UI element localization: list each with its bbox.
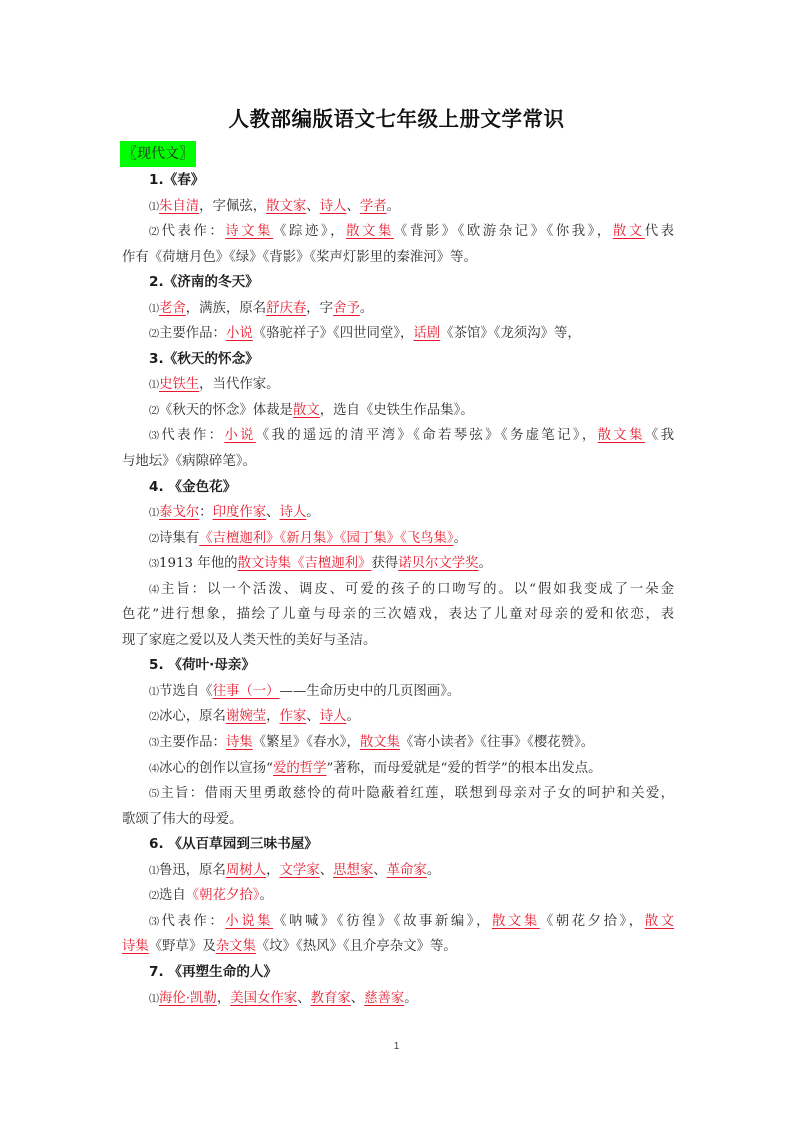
document-body: 1.《春》⑴朱自清，字佩弦，散文家、诗人、学者。⑵代表作：诗文集《踪迹》，散文集… [122, 168, 674, 1011]
text-run: 、 [266, 505, 279, 520]
text-run: 《寄小读者》《往事》《樱花赞》。 [400, 735, 594, 750]
list-item: ⑴朱自清，字佩弦，散文家、诗人、学者。 [122, 194, 674, 220]
text-run: 《野草》及 [149, 939, 216, 954]
text-run: ，当代作家。 [199, 377, 279, 392]
text-run: 《朝花夕拾》， [540, 914, 645, 929]
entry-heading: 3.《秋天的怀念》 [122, 347, 674, 373]
text-run: 选自 [159, 888, 186, 903]
item-number: ⑴ [149, 380, 159, 391]
text-run: ，选自《史铁生作品集》。 [320, 403, 474, 418]
list-item: ⑵冰心，原名谢婉莹，作家、诗人。 [122, 704, 674, 730]
entry-heading: 7. 《再塑生命的人》 [122, 960, 674, 986]
key-term: 朱自清 [159, 199, 199, 214]
list-item-continuation: 色花”进行想象，描绘了儿童与母亲的三次嬉戏，表达了儿童对母亲的爱和依恋，表 [122, 602, 674, 628]
item-number: ⑶ [149, 431, 161, 442]
list-item: ⑷冰心的创作以宣扬“爱的哲学”著称，而母爱就是“爱的哲学”的根本出发点。 [122, 756, 674, 782]
list-item: ⑶1913 年他的散文诗集《吉檀迦利》获得诺贝尔文学奖。 [122, 551, 674, 577]
text-run: 。 [387, 199, 400, 214]
item-number: ⑵ [149, 227, 162, 238]
text-run: 冰心，原名 [159, 709, 226, 724]
key-term: 史铁生 [159, 377, 199, 392]
entry-heading: 2.《济南的冬天》 [122, 270, 674, 296]
list-item: ⑴史铁生，当代作家。 [122, 372, 674, 398]
text-run: 主要作品： [159, 326, 226, 341]
list-item: ⑴海伦·凯勒，美国女作家、教育家、慈善家。 [122, 986, 674, 1012]
list-item: ⑴老舍，满族，原名舒庆春，字舍予。 [122, 296, 674, 322]
text-run: ，字佩弦， [199, 199, 266, 214]
text-run: 。 [306, 505, 319, 520]
key-term: 散文 [645, 914, 674, 929]
key-term: 老舍 [159, 301, 186, 316]
text-run: ，字 [306, 301, 333, 316]
key-term: 美国女作家 [230, 991, 297, 1006]
list-item: ⑴泰戈尔：印度作家、诗人。 [122, 500, 674, 526]
key-term: 话剧 [413, 326, 440, 341]
list-item-continuation: 现了家庭之爱以及人类天性的美好与圣洁。 [122, 628, 674, 654]
text-run: 代表 [645, 224, 674, 239]
page-number: 1 [0, 1041, 793, 1052]
key-term: 诗人 [280, 505, 307, 520]
key-term: 往事（一） [213, 684, 280, 699]
item-number: ⑴ [149, 304, 159, 315]
text-run: ， [266, 863, 279, 878]
key-term: 思想家 [333, 863, 373, 878]
text-run: 《坟》《热风》《且介亭杂文》等。 [256, 939, 457, 954]
document-page: 人教部编版语文七年级上册文学常识 〖现代文〗 1.《春》⑴朱自清，字佩弦，散文家… [0, 0, 793, 1122]
text-run: 节选自《 [159, 684, 213, 699]
key-term: 爱的哲学 [273, 761, 327, 776]
text-run: 主旨：借雨天里勇敢慈怜的荷叶隐蔽着红莲，联想到母亲对子女的呵护和关爱， [160, 786, 674, 801]
key-term: 教育家 [311, 991, 351, 1006]
text-run: 《我的遥远的清平湾》《命若琴弦》《务虚笔记》， [256, 428, 598, 443]
text-run: ， [266, 709, 279, 724]
key-term: 《朝花夕拾》 [186, 888, 260, 903]
list-item-continuation: 歌颂了伟大的母爱。 [122, 807, 674, 833]
text-run: 、 [373, 863, 386, 878]
list-item-continuation: 作有《荷塘月色》《绿》《背影》《桨声灯影里的秦淮河》等。 [122, 245, 674, 271]
text-run: 。 [479, 556, 492, 571]
key-term: 小说 [224, 428, 255, 443]
text-run: 、 [306, 199, 319, 214]
key-term: 文学家 [280, 863, 320, 878]
text-run: 。 [404, 991, 417, 1006]
item-number: ⑸ [149, 789, 160, 800]
key-term: 诗文集 [225, 224, 273, 239]
key-term: 散文 [613, 224, 645, 239]
text-run: ： [199, 505, 212, 520]
text-run: 诗集有 [159, 531, 199, 546]
list-item: ⑴节选自《往事（一）——生命历史中的几页图画》。 [122, 679, 674, 705]
text-run: 。 [346, 709, 359, 724]
key-term: 小说集 [225, 914, 273, 929]
key-term: 散文集 [598, 428, 645, 443]
key-term: 慈善家 [364, 991, 404, 1006]
list-item: ⑵《秋天的怀念》体裁是散文，选自《史铁生作品集》。 [122, 398, 674, 424]
key-term: 周树人 [226, 863, 266, 878]
item-number: ⑴ [149, 687, 159, 698]
text-run: 获得 [371, 556, 398, 571]
text-run: 《踪迹》， [273, 224, 346, 239]
key-term: 印度作家 [213, 505, 267, 520]
text-run: 与地坛》《病隙碎笔》。 [122, 454, 256, 469]
key-term: 小说 [226, 326, 253, 341]
list-item-continuation: 诗集《野草》及杂文集《坟》《热风》《且介亭杂文》等。 [122, 934, 674, 960]
text-run: 主要作品： [159, 735, 226, 750]
key-term: 散文 [293, 403, 320, 418]
text-run: 代表作： [162, 224, 226, 239]
item-number: ⑴ [149, 866, 159, 877]
list-item: ⑸主旨：借雨天里勇敢慈怜的荷叶隐蔽着红莲，联想到母亲对子女的呵护和关爱， [122, 781, 674, 807]
key-term: 舒庆春 [266, 301, 306, 316]
list-item: ⑶代表作：小说集《呐喊》《彷徨》《故事新编》，散文集《朝花夕拾》，散文 [122, 909, 674, 935]
section-label-modern-prose: 〖现代文〗 [120, 141, 196, 167]
list-item: ⑴鲁迅，原名周树人，文学家、思想家、革命家。 [122, 858, 674, 884]
key-term: 泰戈尔 [159, 505, 199, 520]
key-term: 诗集 [122, 939, 149, 954]
text-run: ——生命历史中的几页图画》。 [280, 684, 461, 699]
text-run: 、 [351, 991, 364, 1006]
key-term: 《吉檀迦利》《新月集》《园丁集》《飞鸟集》 [199, 531, 453, 546]
text-run: 1913 年他的 [159, 556, 238, 571]
key-term: 散文集 [346, 224, 394, 239]
text-run: 色花”进行想象，描绘了儿童与母亲的三次嬉戏，表达了儿童对母亲的爱和依恋，表 [122, 607, 674, 622]
key-term: 杂文集 [216, 939, 256, 954]
item-number: ⑵ [149, 891, 159, 902]
item-number: ⑶ [149, 917, 162, 928]
key-term: 诺贝尔文学奖 [398, 556, 478, 571]
item-number: ⑴ [149, 202, 159, 213]
text-run: 。 [360, 301, 373, 316]
text-run: 作有《荷塘月色》《绿》《背影》《桨声灯影里的秦淮河》等。 [122, 250, 477, 265]
list-item: ⑵主要作品：小说《骆驼祥子》《四世同堂》，话剧《茶馆》《龙须沟》等， [122, 321, 674, 347]
text-run: 、 [306, 709, 319, 724]
key-term: 舍予 [333, 301, 360, 316]
text-run: 歌颂了伟大的母爱。 [122, 812, 243, 827]
key-term: 诗人 [320, 709, 347, 724]
key-term: 海伦·凯勒 [159, 991, 217, 1006]
text-run: 。 [454, 531, 467, 546]
entry-heading: 1.《春》 [122, 168, 674, 194]
item-number: ⑵ [149, 534, 159, 545]
text-run: ”著称，而母爱就是“爱的哲学”的根本出发点。 [327, 761, 602, 776]
key-term: 诗人 [320, 199, 347, 214]
text-run: 代表作： [161, 428, 224, 443]
entry-heading: 5. 《荷叶·母亲》 [122, 653, 674, 679]
item-number: ⑶ [149, 738, 159, 749]
item-number: ⑵ [149, 329, 159, 340]
key-term: 谢婉莹 [226, 709, 266, 724]
list-item-continuation: 与地坛》《病隙碎笔》。 [122, 449, 674, 475]
key-term: 散文集 [360, 735, 400, 750]
key-term: 散文家 [266, 199, 306, 214]
text-run: ， [217, 991, 230, 1006]
text-run: 《繁星》《春水》， [253, 735, 360, 750]
item-number: ⑵ [149, 712, 159, 723]
text-run: 、 [320, 863, 333, 878]
text-run: 《骆驼祥子》《四世同堂》， [253, 326, 414, 341]
key-term: 革命家 [387, 863, 427, 878]
text-run: 《呐喊》《彷徨》《故事新编》， [273, 914, 492, 929]
list-item: ⑶主要作品：诗集《繁星》《春水》，散文集《寄小读者》《往事》《樱花赞》。 [122, 730, 674, 756]
text-run: ，满族，原名 [186, 301, 266, 316]
item-number: ⑵ [149, 406, 159, 417]
text-run: 、 [346, 199, 359, 214]
text-run: 《秋天的怀念》体裁是 [159, 403, 293, 418]
key-term: 学者 [360, 199, 387, 214]
text-run: 。 [427, 863, 440, 878]
text-run: 。 [259, 888, 272, 903]
text-run: 鲁迅，原名 [159, 863, 226, 878]
key-term: 散文诗集《吉檀迦利》 [238, 556, 372, 571]
key-term: 作家 [280, 709, 307, 724]
page-title: 人教部编版语文七年级上册文学常识 [0, 102, 793, 132]
list-item: ⑶代表作：小说《我的遥远的清平湾》《命若琴弦》《务虚笔记》，散文集《我 [122, 423, 674, 449]
text-run: 主旨：以一个活泼、调皮、可爱的孩子的口吻写的。以“假如我变成了一朵金 [161, 582, 674, 597]
key-term: 散文集 [492, 914, 540, 929]
text-run: 、 [297, 991, 310, 1006]
item-number: ⑷ [149, 585, 161, 596]
text-run: 《背影》《欧游杂记》《你我》， [394, 224, 613, 239]
text-run: 代表作： [162, 914, 226, 929]
text-run: 《我 [645, 428, 674, 443]
item-number: ⑴ [149, 508, 159, 519]
item-number: ⑴ [149, 994, 159, 1005]
text-run: 冰心的创作以宣扬“ [159, 761, 273, 776]
list-item: ⑵选自《朝花夕拾》。 [122, 883, 674, 909]
list-item: ⑵诗集有《吉檀迦利》《新月集》《园丁集》《飞鸟集》。 [122, 526, 674, 552]
entry-heading: 4. 《金色花》 [122, 475, 674, 501]
entry-heading: 6. 《从百草园到三味书屋》 [122, 832, 674, 858]
text-run: 《茶馆》《龙须沟》等， [440, 326, 581, 341]
item-number: ⑶ [149, 559, 159, 570]
list-item: ⑵代表作：诗文集《踪迹》，散文集《背影》《欧游杂记》《你我》，散文代表 [122, 219, 674, 245]
list-item: ⑷主旨：以一个活泼、调皮、可爱的孩子的口吻写的。以“假如我变成了一朵金 [122, 577, 674, 603]
text-run: 现了家庭之爱以及人类天性的美好与圣洁。 [122, 633, 376, 648]
key-term: 诗集 [226, 735, 253, 750]
item-number: ⑷ [149, 764, 159, 775]
